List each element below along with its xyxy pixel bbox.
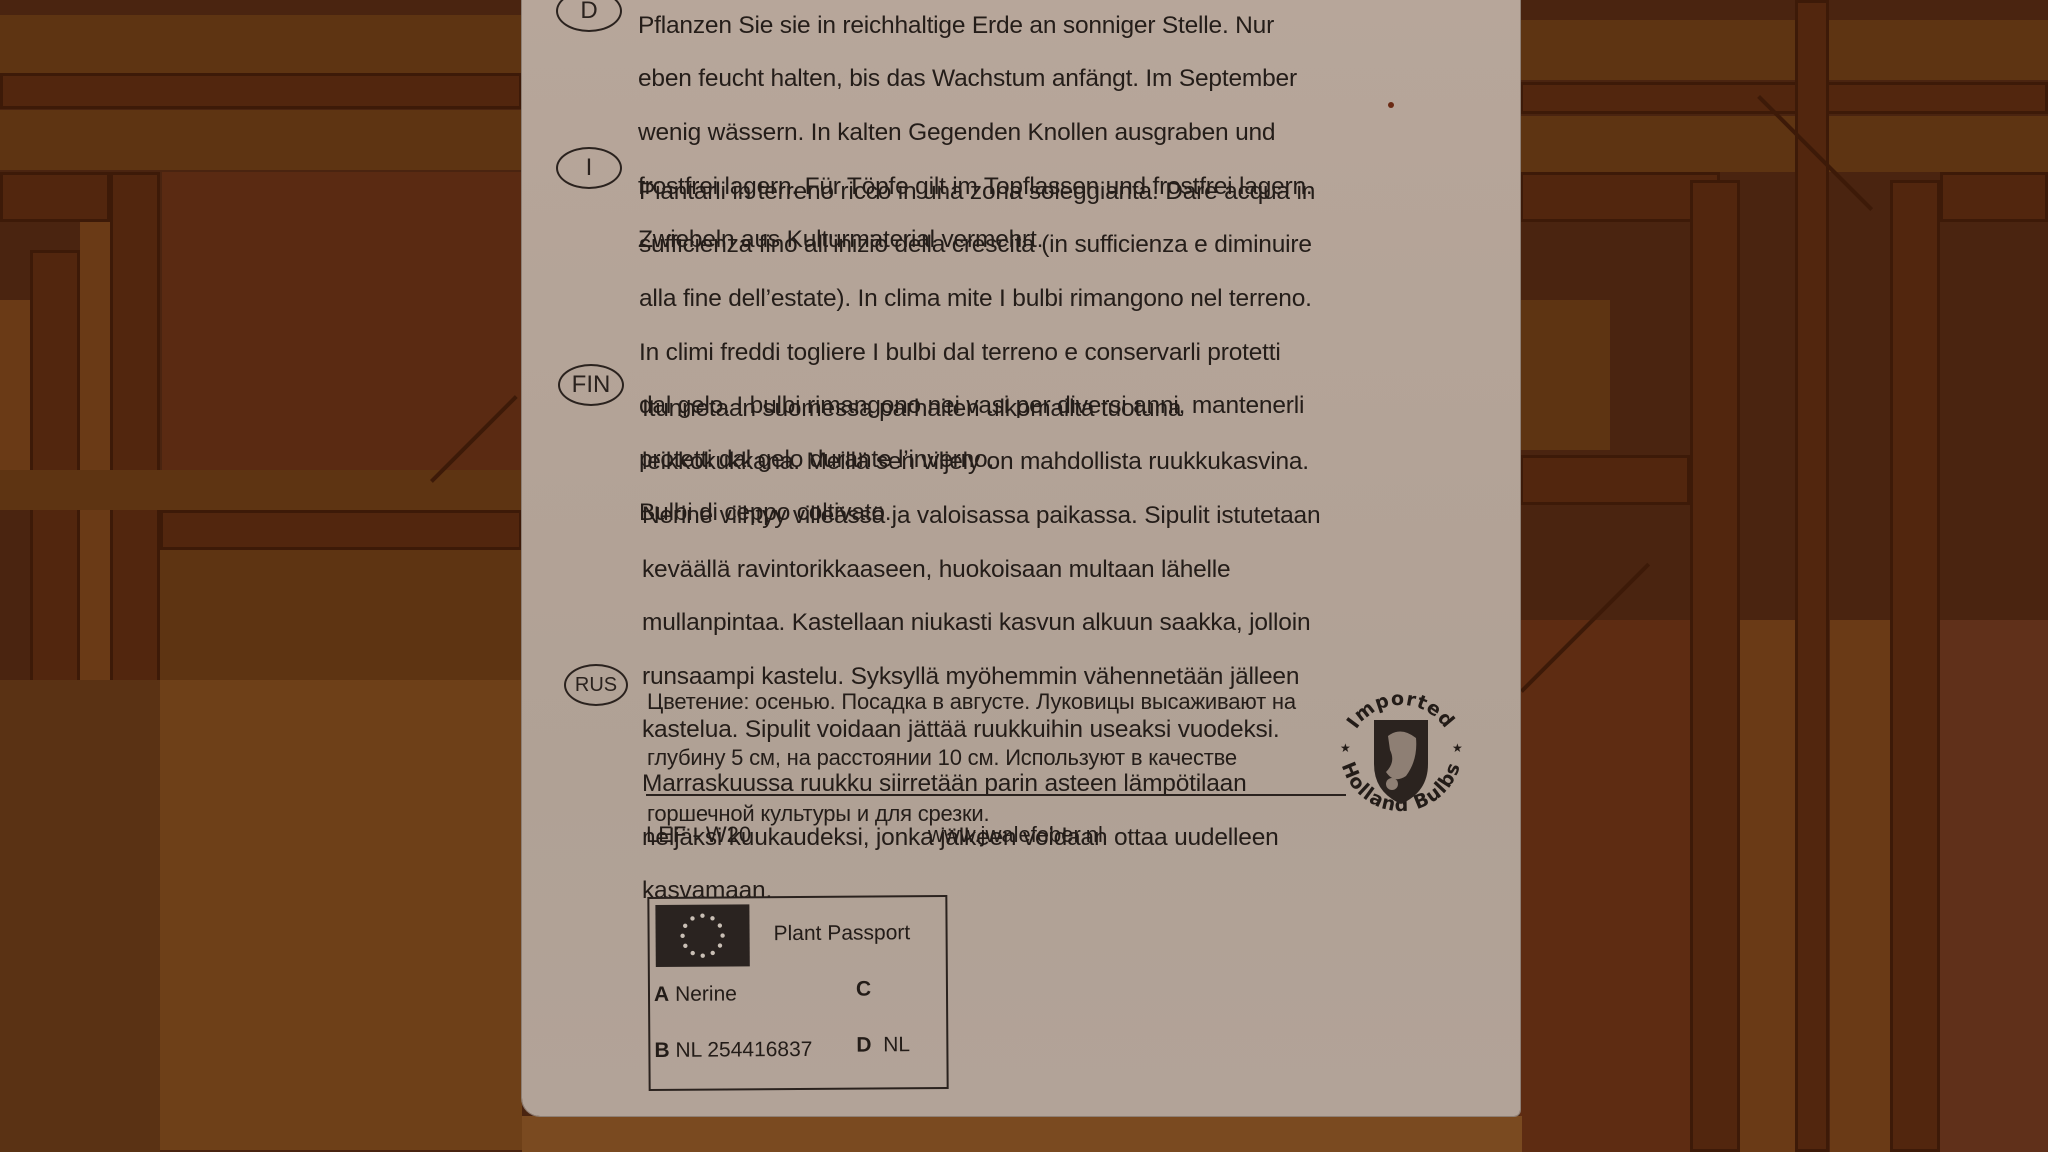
svg-text:★: ★	[1340, 741, 1351, 755]
language-badge-it: I	[556, 147, 622, 189]
passport-field-b: B NL 254416837	[654, 1038, 812, 1063]
ink-speck	[1388, 102, 1394, 108]
language-badge-fin: FIN	[558, 364, 624, 406]
passport-field-a: A Nerine	[654, 982, 737, 1007]
divider-line	[646, 794, 1346, 796]
shield-emblem-icon: Imported Holland Bulbs ★ ★	[1326, 680, 1476, 830]
plant-passport-title: Plant Passport	[774, 921, 911, 946]
passport-field-c: C	[856, 977, 871, 1001]
passport-field-d: D NL	[856, 1033, 910, 1057]
plant-care-label: D Pflanzen Sie sie in reichhaltige Erde …	[522, 0, 1520, 1116]
eu-flag-icon	[655, 904, 749, 967]
language-badge-de: D	[556, 0, 622, 32]
language-badge-rus: RUS	[564, 664, 628, 706]
plant-passport-box: Plant Passport A Nerine C B NL 254416837…	[647, 895, 948, 1091]
imported-holland-bulbs-seal: Imported Holland Bulbs ★ ★	[1326, 680, 1476, 830]
svg-text:★: ★	[1452, 741, 1463, 755]
website-link[interactable]: www.jwalefeber.nl	[928, 822, 1103, 848]
product-code: LEF - W20	[646, 822, 751, 848]
